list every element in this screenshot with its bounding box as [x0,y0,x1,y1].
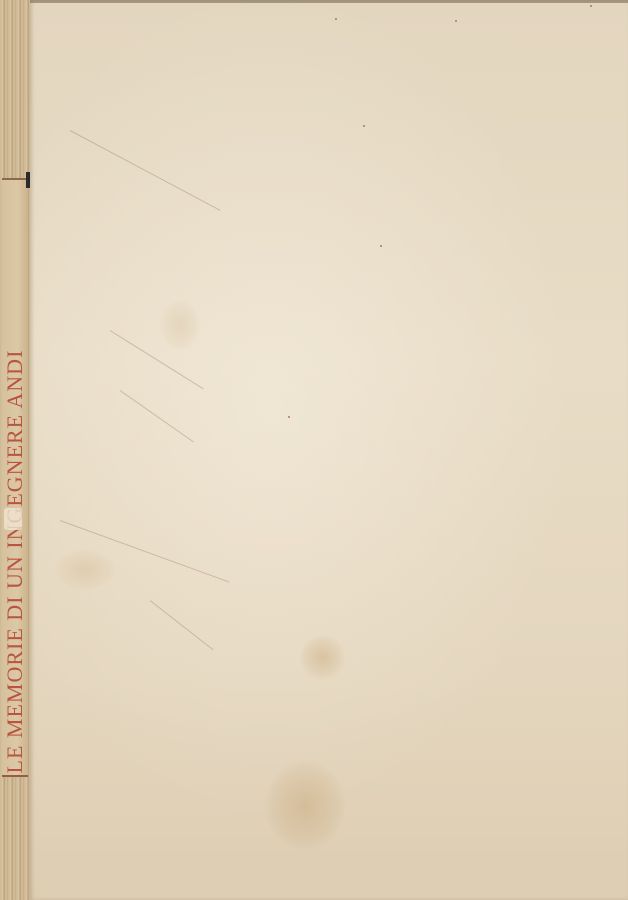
stain [55,550,115,590]
spine-title: LE MEMORIE DI UN INGEGNERE ANDI [2,179,28,774]
speck [380,245,382,247]
stain [160,300,200,350]
back-cover [30,0,628,900]
speck [363,125,365,127]
speck [590,5,592,7]
cover-top-edge [30,0,628,3]
speck [288,416,290,418]
stain [265,760,345,850]
speck [335,18,337,20]
speck [455,20,457,22]
book-spine: LE MEMORIE DI UN INGEGNERE ANDI [0,0,30,900]
spine-tear [4,508,22,530]
stain [300,635,345,680]
